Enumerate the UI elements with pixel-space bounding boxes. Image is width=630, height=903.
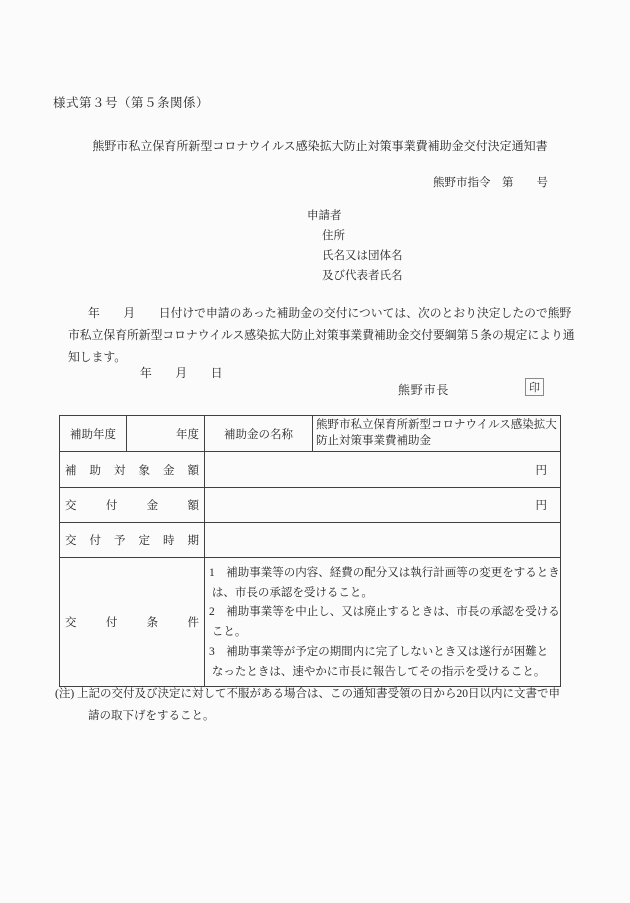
grant-conditions-header: 交付条件: [60, 558, 205, 687]
mayor-signature: 熊野市長: [398, 381, 449, 398]
subsidy-name-header: 補助金の名称: [205, 416, 313, 452]
grant-amount-header: 交付金額: [60, 488, 205, 523]
grant-schedule-header: 交付予定時期: [60, 523, 205, 558]
condition-line: は、市長の承認を受けること。: [209, 584, 556, 604]
applicant-representative-label: 及び代表者氏名: [307, 266, 403, 286]
paragraph-line: 年 月 日付けで申請のあった補助金の交付については、次のとおり決定したので熊野: [68, 302, 575, 324]
table-row-grant-conditions: 交付条件 1 補助事業等の内容、経費の配分又は執行計画等の変更をするとき は、市…: [60, 558, 561, 687]
seal-mark: 印: [529, 379, 540, 395]
fiscal-year-header: 補助年度: [60, 416, 127, 452]
condition-line: 1 補助事業等の内容、経費の配分又は執行計画等の変更をするとき: [209, 564, 556, 584]
paragraph-line: 市私立保育所新型コロナウイルス感染拡大防止対策事業費補助金交付要綱第５条の規定に…: [68, 324, 575, 346]
fiscal-year-value: 年度: [127, 416, 205, 452]
condition-line: 2 補助事業等を中止し、又は廃止するときは、市長の承認を受ける: [209, 603, 556, 623]
applicant-label: 申請者: [307, 206, 403, 226]
applicant-name-label: 氏名又は団体名: [307, 246, 403, 266]
document-page: 様式第３号（第５条関係） 熊野市私立保育所新型コロナウイルス感染拡大防止対策事業…: [0, 0, 630, 903]
seal-box: 印: [525, 378, 544, 396]
note-line: (注) 上記の交付及び決定に対して不服がある場合は、この通知書受領の日から20日…: [55, 684, 560, 706]
grant-amount-value: 円: [205, 488, 561, 523]
applicant-address-label: 住所: [307, 226, 403, 246]
directive-number: 熊野市指令 第 号: [433, 174, 548, 190]
notification-paragraph: 年 月 日付けで申請のあった補助金の交付については、次のとおり決定したので熊野 …: [68, 302, 575, 368]
document-title: 熊野市私立保育所新型コロナウイルス感染拡大防止対策事業費補助金交付決定通知書: [10, 137, 630, 154]
eligible-amount-header: 補助対象金額: [60, 452, 205, 488]
decision-date-line: 年 月 日: [140, 364, 223, 381]
condition-line: なったときは、速やかに市長に報告してその指示を受けること。: [209, 663, 556, 683]
table-row-grant-schedule: 交付予定時期: [60, 523, 561, 558]
grant-conditions-value: 1 補助事業等の内容、経費の配分又は執行計画等の変更をするとき は、市長の承認を…: [205, 558, 561, 687]
note-block: (注) 上記の交付及び決定に対して不服がある場合は、この通知書受領の日から20日…: [55, 684, 560, 727]
form-number: 様式第３号（第５条関係）: [53, 93, 209, 111]
applicant-block: 申請者 住所 氏名又は団体名 及び代表者氏名: [307, 206, 403, 286]
table-row-eligible-amount: 補助対象金額 円: [60, 452, 561, 488]
eligible-amount-value: 円: [205, 452, 561, 488]
table-row-fiscal-year: 補助年度 年度 補助金の名称 熊野市私立保育所新型コロナウイルス感染拡大防止対策…: [60, 416, 561, 452]
condition-line: 3 補助事業等が予定の期間内に完了しないとき又は遂行が困難と: [209, 643, 556, 663]
grant-schedule-value: [205, 523, 561, 558]
subsidy-name-value: 熊野市私立保育所新型コロナウイルス感染拡大防止対策事業費補助金: [313, 416, 561, 452]
condition-line: こと。: [209, 623, 556, 643]
table-row-grant-amount: 交付金額 円: [60, 488, 561, 523]
note-line: 請の取下げをすること。: [55, 706, 560, 728]
grant-decision-table: 補助年度 年度 補助金の名称 熊野市私立保育所新型コロナウイルス感染拡大防止対策…: [59, 415, 561, 687]
